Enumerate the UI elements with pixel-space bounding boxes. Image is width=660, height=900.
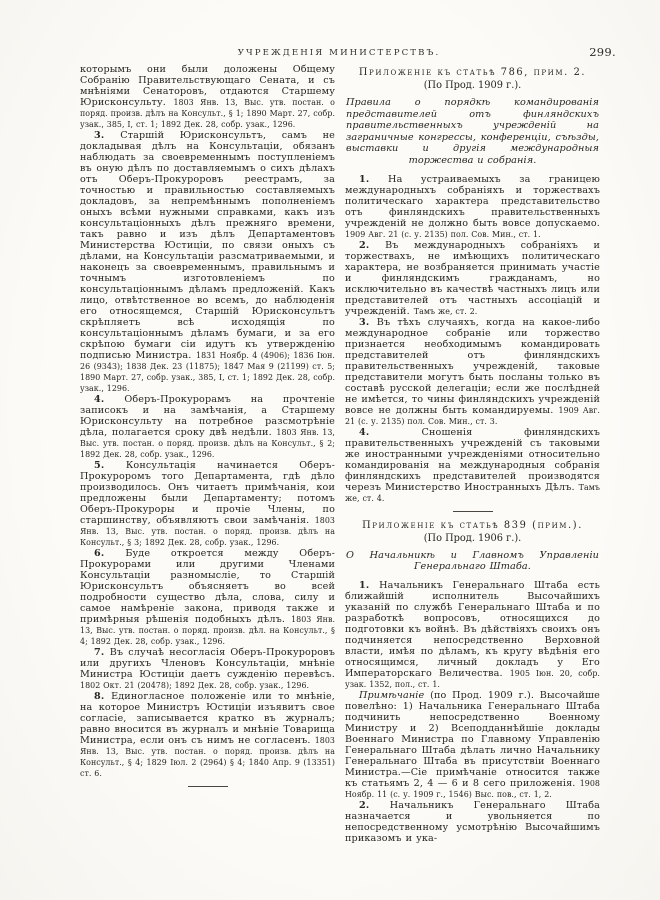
- paragraph-number: 2.: [359, 240, 385, 251]
- scanned-book-page: УЧРЕЖДЕНІЯ МИНИСТЕРСТВЪ. 299. которымъ о…: [0, 0, 660, 900]
- note-paragraph: Примѣчаніе (по Прод. 1909 г.). Высочайше…: [345, 690, 600, 800]
- appendix-heading-line: (По Прод. 1906 г.).: [345, 532, 600, 545]
- paragraph: 8. Единогласное положеніе или то мнѣніе,…: [80, 691, 335, 779]
- paragraph-number: 8.: [94, 691, 111, 702]
- paragraph: которымъ они были доложены Общему Собран…: [80, 64, 335, 130]
- paragraph: 6. Буде откроется между Оберъ-Прокурорам…: [80, 548, 335, 647]
- appendix-heading: Приложеніе къ статьѣ 839 (прим.).(По Про…: [345, 519, 600, 545]
- appendix-subtitle: Правила о порядкѣ командированія предста…: [346, 97, 599, 167]
- section-divider: [188, 786, 228, 787]
- body-text: Въ тѣхъ случаяхъ, когда на какое-либо ме…: [345, 317, 600, 416]
- paragraph-number: 4.: [359, 427, 421, 438]
- paragraph-number: 5.: [94, 460, 126, 471]
- body-text: Старшій Юрисконсультъ, самъ не докладыва…: [80, 130, 335, 361]
- body-text: Въ международныхъ собраніяхъ и торжества…: [345, 240, 600, 317]
- running-head: УЧРЕЖДЕНІЯ МИНИСТЕРСТВЪ. 299.: [80, 48, 598, 64]
- appendix-heading-line: Приложеніе къ статьѣ 786, прим. 2.: [345, 66, 600, 79]
- appendix-heading-line: (По Прод. 1909 г.).: [345, 79, 600, 92]
- paragraph-number: 2.: [359, 800, 390, 811]
- paragraph: 3. Старшій Юрисконсультъ, самъ не доклад…: [80, 130, 335, 394]
- body-text: (по Прод. 1909 г.). Высочайше повелѣно: …: [345, 690, 600, 789]
- paragraph: 2. Въ международныхъ собраніяхъ и торжес…: [345, 240, 600, 317]
- section-divider: [453, 511, 493, 512]
- paragraph: 1. На устраиваемыхъ за границею междунар…: [345, 174, 600, 240]
- citation-text: Тамъ же, ст. 2.: [414, 307, 478, 316]
- text-columns: которымъ они были доложены Общему Собран…: [80, 64, 600, 844]
- paragraph-number: 6.: [94, 548, 125, 559]
- paragraph-number: 1.: [359, 580, 379, 591]
- right-column: Приложеніе къ статьѣ 786, прим. 2.(По Пр…: [345, 64, 600, 844]
- italic-text: Примѣчаніе: [359, 690, 424, 701]
- citation-text: 1802 Окт. 21 (20478); 1892 Дек. 28, собр…: [80, 681, 309, 690]
- paragraph: 7. Въ случаѣ несогласія Оберъ-Прокуроров…: [80, 647, 335, 691]
- left-column: которымъ они были доложены Общему Собран…: [80, 64, 335, 794]
- appendix-heading: Приложеніе къ статьѣ 786, прим. 2.(По Пр…: [345, 66, 600, 92]
- body-text: Единогласное положеніе или то мнѣніе, на…: [80, 691, 335, 746]
- paragraph: 5. Консультація начинается Оберъ-Прокуро…: [80, 460, 335, 548]
- paragraph-number: 3.: [359, 317, 377, 328]
- paragraph: 1. Начальникъ Генеральнаго Штаба есть бл…: [345, 580, 600, 690]
- paragraph: 3. Въ тѣхъ случаяхъ, когда на какое-либо…: [345, 317, 600, 427]
- paragraph: 2. Начальникъ Генеральнаго Штаба назнача…: [345, 800, 600, 844]
- citation-text: 1909 Авг. 21 (с. у. 2135) пол. Сов. Мин.…: [345, 230, 541, 239]
- paragraph-number: 1.: [359, 174, 388, 185]
- paragraph-number: 4.: [94, 394, 124, 405]
- paragraph: 4. Сношенія финляндскихъ правительственн…: [345, 427, 600, 504]
- paragraph: 4. Оберъ-Прокурорамъ на прочтеніе записо…: [80, 394, 335, 460]
- body-text: Буде откроется между Оберъ-Прокурорами и…: [80, 548, 335, 625]
- body-text: Въ случаѣ несогласія Оберъ-Прокуроровъ и…: [80, 647, 335, 680]
- body-text: Начальникъ Генеральнаго Штаба есть ближа…: [345, 580, 600, 679]
- running-title: УЧРЕЖДЕНІЯ МИНИСТЕРСТВЪ.: [80, 48, 598, 58]
- paragraph-number: 3.: [94, 130, 120, 141]
- paragraph-number: 7.: [94, 647, 110, 658]
- page-number: 299.: [589, 45, 616, 59]
- appendix-subtitle: О Начальникѣ и Главномъ Управленіи Генер…: [346, 550, 599, 573]
- appendix-heading-line: Приложеніе къ статьѣ 839 (прим.).: [345, 519, 600, 532]
